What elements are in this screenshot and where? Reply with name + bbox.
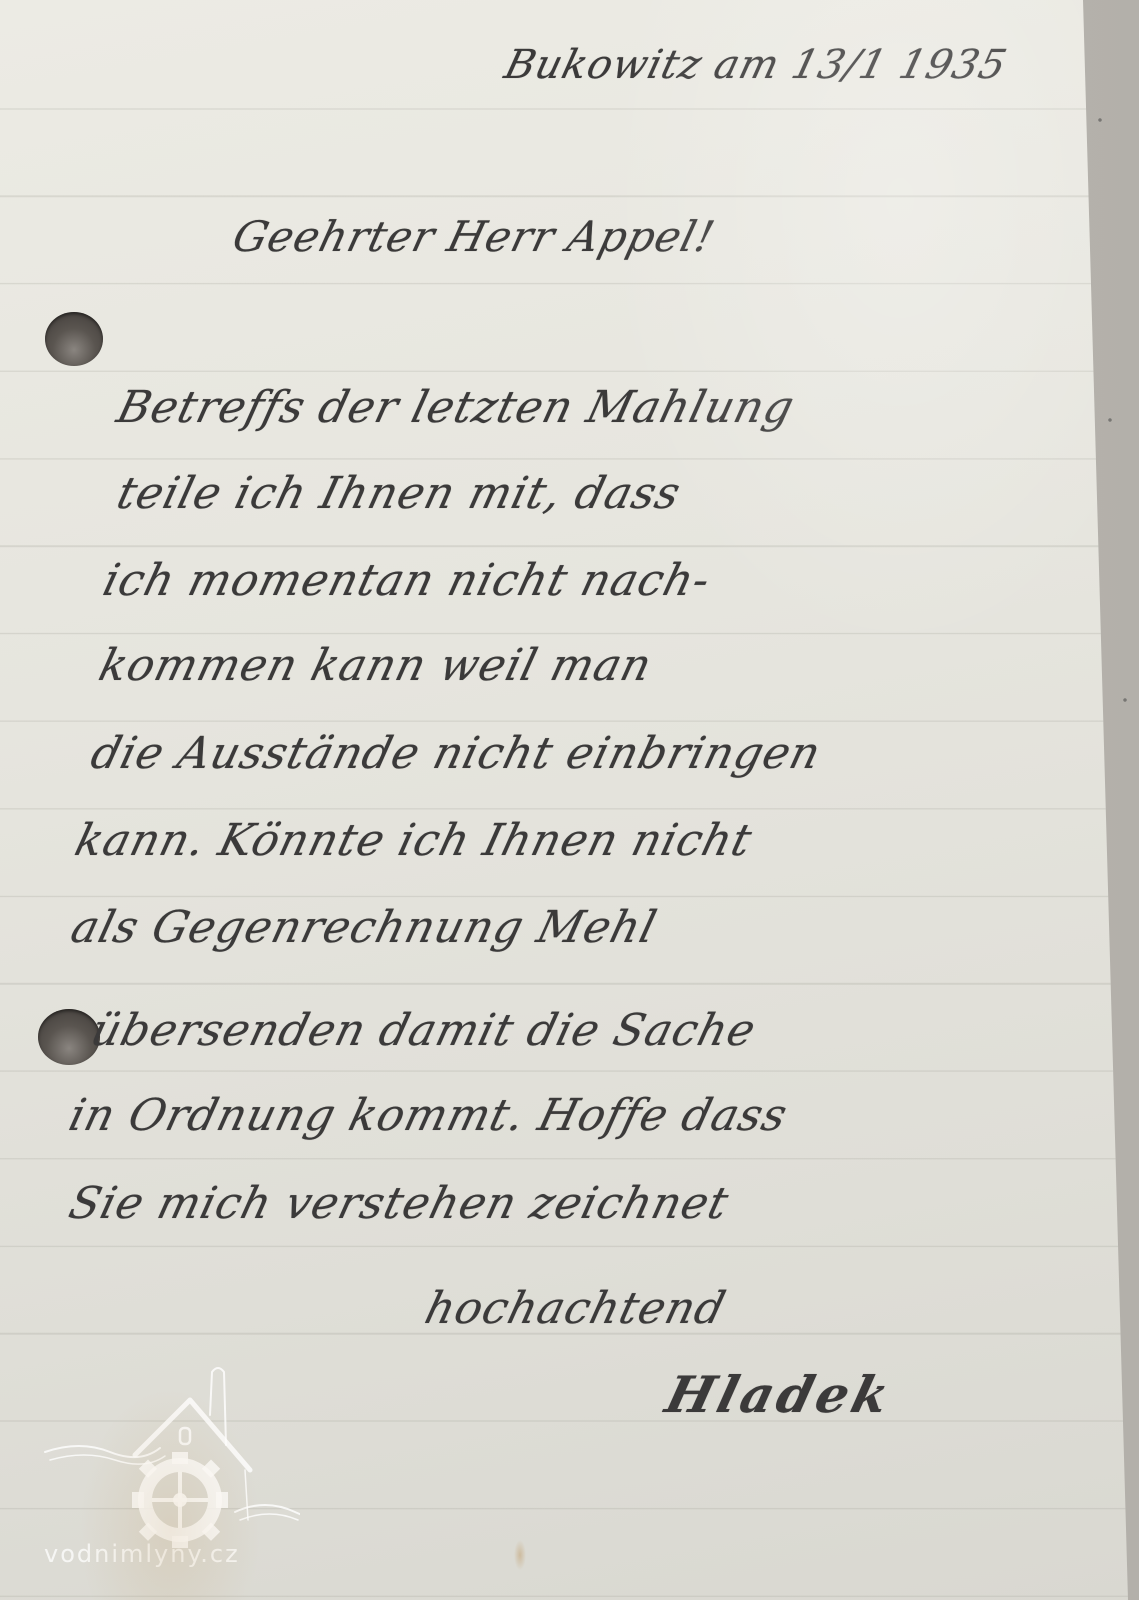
letter-sheet: Bukowitz am 13/1 1935 Geehrter Herr Appe… [0,0,1139,1600]
body-line: teile ich Ihnen mit, dass [112,468,686,519]
body-line: kann. Könnte ich Ihnen nicht [70,815,757,866]
body-line: Betreffs der letzten Mahlung [112,382,800,433]
body-line: kommen kann weil man [94,640,657,691]
closing-line: hochachtend [420,1283,731,1334]
watermark-text: vodnimlyny.cz [44,1540,240,1568]
place-date-line: Bukowitz am 13/1 1935 [500,42,1012,88]
body-line: übersenden damit die Sache [86,1005,761,1056]
body-line: in Ordnung kommt. Hoffe dass [64,1090,793,1141]
salutation: Geehrter Herr Appel! [228,212,720,261]
watermill-icon [40,1360,300,1560]
signature: Hladek [660,1365,899,1424]
punch-hole-top [45,312,103,366]
body-line: ich momentan nicht nach- [98,555,716,606]
body-line: Sie mich verstehen zeichnet [64,1178,734,1229]
body-line: als Gegenrechnung Mehl [66,902,662,953]
body-line: die Ausstände nicht einbringen [86,728,826,779]
